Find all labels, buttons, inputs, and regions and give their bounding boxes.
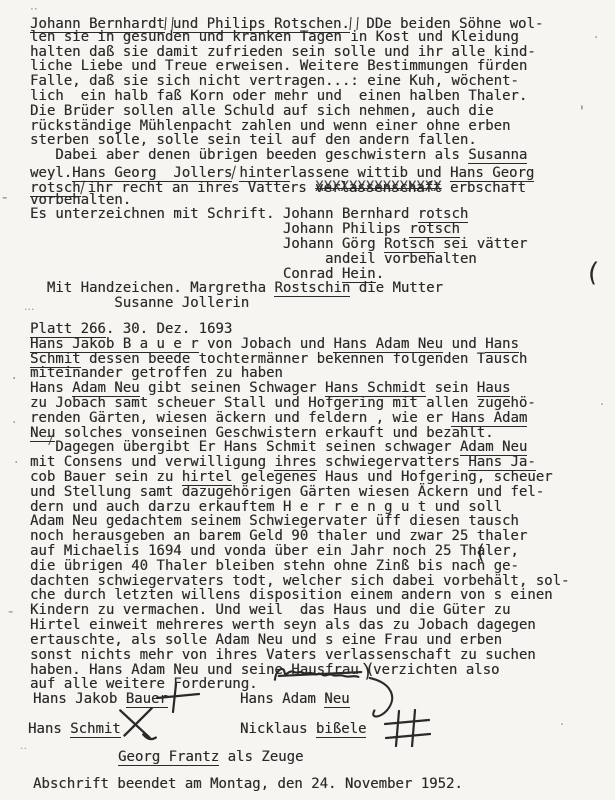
text-segment: dachten schwiegervaters todt, welcher si… [30, 573, 569, 589]
text-line: Kindern zu vermachen. Und weil das Haus … [30, 603, 569, 618]
text-segment: Hans Jakob [33, 691, 126, 707]
text-segment: Adam Neu gedachtem seinem Schwiegervater… [30, 513, 519, 529]
text-segment: Hans [28, 721, 70, 737]
text-segment: Mit Handzeichen. Margretha [30, 280, 274, 296]
text-segment: renden Gärten, wiesen äckern und feldern… [30, 410, 451, 426]
struck-out-word: verlassenschaftXXXXXXXXXXXXXXX [315, 181, 441, 196]
text-segment: liche Liebe und Treue erweisen. Weitere … [30, 58, 527, 74]
scan-speck: - [2, 188, 7, 206]
text-line: Die Brüder sollen alle Schuld auf sich n… [30, 104, 543, 119]
text-segment: solches vonseinen Geschwistern erkauft u… [55, 425, 493, 441]
text-segment: und [443, 336, 485, 352]
text-line: liche Liebe und Treue erweisen. Weitere … [30, 59, 543, 74]
text-line: weyl.Hans Georg Jollershinterlassene wit… [30, 163, 543, 178]
text-segment: und Stellung samt dazugehörigen Gärten w… [30, 484, 544, 500]
underlined-text: bißele [316, 721, 367, 738]
text-segment: dern und auch darzu erkauftem H e r r e … [30, 499, 502, 515]
text-line: Hans Jakob B a u e r von Jobach und Hans… [30, 337, 569, 352]
text-line: Schmit dessen beede tochtermänner bekenn… [30, 352, 569, 367]
text-segment: gelegenes Haus und Hofgering, scheuer [232, 469, 552, 485]
sig-witness-georg-frantz: Georg Frantz als Zeuge [118, 749, 303, 765]
text-segment: erbschaft [442, 180, 526, 196]
text-segment: Es unterzeichnen mit Schrift. Johann Ber… [30, 206, 418, 222]
text-segment: gibt seinen Schwager [140, 380, 325, 396]
text-line: Dabei aber denen übrigen beeden geschwis… [30, 148, 543, 163]
text-segment: die Mutter [350, 280, 443, 296]
x-overstrike: XXXXXXXXXXXXXXX [315, 180, 441, 195]
scan-speck: · [594, 30, 598, 46]
text-line: lich ein halb faß Korn oder mehr und ein… [30, 89, 543, 104]
text-segment: Falle, daß sie sich nicht vertragen...: … [30, 73, 519, 89]
text-segment: die übrigen 40 Thaler bleiben stehn ohne… [30, 558, 519, 574]
text-segment: . [376, 266, 384, 282]
text-segment: Susanne Jollerin [30, 295, 249, 311]
text-segment: von Jobach und [199, 336, 334, 352]
text-line: rotschihr recht an ihres Vatters verlass… [30, 178, 543, 193]
scan-speck: · [560, 718, 564, 733]
text-segment: auf Michaelis 1694 und vonda über ein Ja… [30, 543, 519, 559]
text-line: noch herausgeben an barem Geld 90 thaler… [30, 529, 569, 544]
text-line: Johann Görg Rotsch sei vätter [30, 237, 543, 252]
text-line: Falle, daß sie sich nicht vertragen...: … [30, 74, 543, 89]
text-line: len sie in gesunden und kranken Tagen in… [30, 30, 543, 45]
paragraph-block-2: Platt 266. 30. Dez. 1693Hans Jakob B a u… [30, 322, 569, 692]
text-line: auf alle weitere Forderung. [30, 677, 569, 692]
text-line: renden Gärten, wiesen äckern und feldern… [30, 411, 569, 426]
text-line: sonst nichts mehr von ihres Vaters verla… [30, 648, 569, 663]
sig-nicklaus-bissele: Nicklaus bißele [240, 721, 366, 737]
text-segment: lich ein halb faß Korn oder mehr und ein… [30, 88, 527, 104]
schmit-x-handmark [114, 707, 160, 741]
text-segment: verzichten also [373, 662, 499, 678]
text-segment: rückständige Mühlenpacht zahlen und wenn… [30, 118, 510, 134]
text-line: Conrad Hein. [30, 267, 543, 282]
text-line: cob Bauer sein zu hirtel gelegenes Haus … [30, 470, 569, 485]
text-line: die übrigen 40 Thaler bleiben stehn ohne… [30, 559, 569, 574]
text-line: Platt 266. 30. Dez. 1693 [30, 322, 569, 337]
scan-speck: ·· [30, 2, 38, 16]
text-segment: che durch letzten willens disposition ei… [30, 587, 553, 603]
footer-transcript-date: Abschrift beendet am Montag, den 24. Nov… [33, 776, 463, 792]
text-line: sterben solle, solle sein teil auf den a… [30, 133, 543, 148]
text-line: Hans Adam Neu gibt seinen Schwager Hans … [30, 381, 569, 396]
text-line: auf Michaelis 1694 und vonda über ein Ja… [30, 544, 569, 559]
text-segment: schwiegervatters [317, 454, 469, 470]
text-segment: noch herausgeben an barem Geld 90 thaler… [30, 528, 527, 544]
text-line: haben. Hans Adam Neu und seine Hausfrau … [30, 662, 569, 677]
text-segment: Kindern zu vermachen. Und weil das Haus … [30, 602, 510, 618]
paragraph-block-1: Johann Bernhardtund Philips Rotschen. DD… [30, 15, 543, 311]
text-line: zu Jobach samt scheuer Stall und Hofgeri… [30, 396, 569, 411]
text-segment: Conrad [30, 266, 342, 282]
text-segment: sein [426, 380, 477, 396]
text-segment: Abschrift beendet am Montag, den 24. Nov… [33, 776, 463, 792]
text-segment: Nicklaus [240, 721, 316, 737]
scan-speck: 7 [46, 434, 54, 448]
text-line: Neu solches vonseinen Geschwistern erkau… [30, 426, 569, 441]
text-line: Hirtel einweit mehreres werth seyn als d… [30, 618, 569, 633]
text-line: Es unterzeichnen mit Schrift. Johann Ber… [30, 207, 543, 222]
text-line: dern und auch darzu erkauftem H e r r e … [30, 500, 569, 515]
text-line: mit Consens und verwilligung ihres schwi… [30, 455, 569, 470]
text-line: miteinander getroffen zu haben [30, 366, 569, 381]
text-line: andeil vorbehalten [30, 252, 543, 267]
text-segment: sterben solle, solle sein teil auf den a… [30, 132, 477, 148]
text-segment: auf alle weitere Forderung. [30, 676, 258, 692]
right-margin-paren-mark-1: ( [586, 258, 599, 289]
text-segment: cob Bauer sein zu [30, 469, 182, 485]
text-line: halten daß sie damit zufrieden sein soll… [30, 45, 543, 60]
insert-bar-mark [349, 17, 358, 30]
text-line: Dagegen übergibt Er Hans Schmit seinen s… [30, 440, 569, 455]
text-segment: dessen beede tochtermänner bekennen folg… [81, 351, 528, 367]
text-segment: ertauschte, als solle Adam Neu und s ein… [30, 632, 502, 648]
scan-speck: ··· [24, 303, 35, 316]
text-segment: . 30. Dez. 1693 [106, 321, 232, 337]
text-segment: andeil vorbehalten [30, 251, 477, 267]
text-segment: Hirtel einweit mehreres werth seyn als d… [30, 617, 536, 633]
text-segment: Johann Görg [30, 236, 384, 252]
scan-speck: · [14, 455, 18, 471]
sig-hans-schmit: Hans Schmit [28, 721, 121, 737]
text-segment: halten daß sie damit zufrieden sein soll… [30, 44, 536, 60]
scanned-document-page: Johann Bernhardtund Philips Rotschen. DD… [0, 0, 615, 800]
text-line: che durch letzten willens disposition ei… [30, 588, 569, 603]
text-segment: Dagegen übergibt Er Hans Schmit seinen s… [30, 439, 460, 455]
underlined-text: Neu [324, 691, 349, 708]
scan-speck: · [12, 415, 16, 431]
sig-hans-adam-neu: Hans Adam Neu [240, 691, 350, 707]
bissele-hash-handmark [383, 709, 431, 747]
underlined-text: Georg Frantz [118, 749, 219, 766]
text-segment: mit Consens und verwilligung [30, 454, 274, 470]
text-segment: Hans Adam [240, 691, 324, 707]
text-line: und Stellung samt dazugehörigen Gärten w… [30, 485, 569, 500]
text-line: Adam Neu gedachtem seinem Schwiegervater… [30, 514, 569, 529]
text-line: Johann Philips rotsch [30, 222, 543, 237]
text-segment: Die Brüder sollen alle Schuld auf sich n… [30, 103, 494, 119]
text-segment: Hans [30, 380, 72, 396]
underlined-text: Schmit [70, 721, 121, 738]
scan-speck: - [8, 602, 13, 620]
underlined-text: Susanna [468, 147, 527, 164]
text-segment: als Zeuge [219, 749, 303, 765]
text-line: ertauschte, als solle Adam Neu und s ein… [30, 633, 569, 648]
scan-speck: ·· [20, 742, 27, 755]
text-segment: sei vätter [435, 236, 528, 252]
insert-bar-mark [164, 17, 173, 30]
text-line: rückständige Mühlenpacht zahlen und wenn… [30, 119, 543, 134]
text-segment: Dabei aber denen übrigen beeden geschwis… [30, 147, 468, 163]
underlined-text: Bauer [126, 691, 168, 708]
text-segment: miteinander getroffen zu haben [30, 365, 283, 381]
text-line: Susanne Jollerin [30, 296, 543, 311]
text-segment: Johann Philips [30, 221, 409, 237]
text-line: Johann Bernhardtund Philips Rotschen. DD… [30, 15, 543, 30]
scan-speck: · [12, 371, 16, 387]
text-segment: len sie in gesunden und kranken Tagen in… [30, 29, 519, 45]
text-line: Mit Handzeichen. Margretha Rostschin die… [30, 281, 543, 296]
scan-speck: ' [580, 104, 584, 120]
underlined-text: Rostschin [274, 280, 350, 297]
text-segment: zu Jobach samt scheuer Stall und Hofgeri… [30, 395, 536, 411]
text-segment: sonst nichts mehr von ihres Vaters verla… [30, 647, 536, 663]
scan-speck: · [600, 398, 604, 413]
sig-hans-jakob-bauer: Hans Jakob Bauer [33, 691, 168, 707]
text-line: dachten schwiegervaters todt, welcher si… [30, 574, 569, 589]
